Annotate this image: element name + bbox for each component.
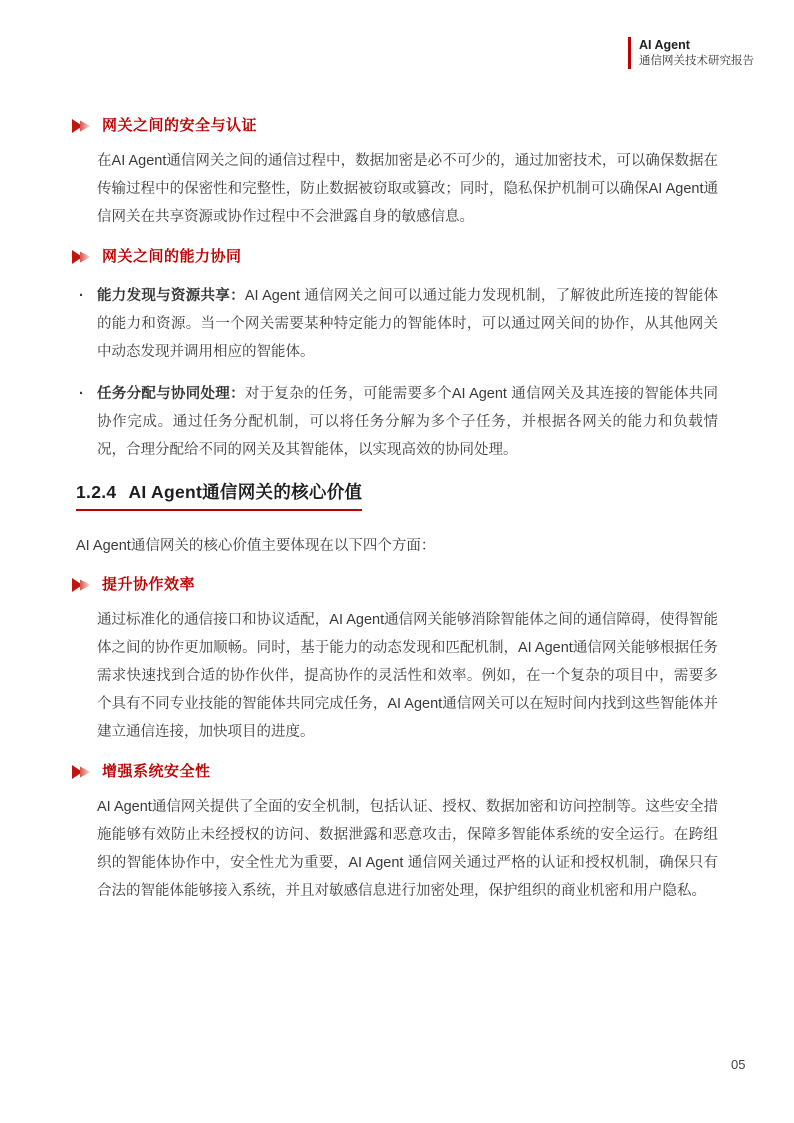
para-system-security: AI Agent通信网关提供了全面的安全机制，包括认证、授权、数据加密和访问控制… (97, 793, 718, 905)
double-arrow-icon (72, 765, 91, 779)
heading-capability-synergy: 网关之间的能力协同 (72, 247, 718, 267)
page-number: 05 (731, 1057, 745, 1072)
heading-system-security: 增强系统安全性 (72, 762, 718, 782)
bullet-label: 任务分配与协同处理： (97, 386, 245, 402)
section-heading-text: 1.2.4AI Agent通信网关的核心价值 (76, 479, 362, 511)
section-title: AI Agent通信网关的核心价值 (128, 482, 362, 502)
bullet-capability-discovery: ·能力发现与资源共享：AI Agent 通信网关之间可以通过能力发现机制，了解彼… (76, 282, 718, 366)
double-arrow-icon (72, 578, 91, 592)
section-heading-124: 1.2.4AI Agent通信网关的核心价值 (76, 479, 718, 511)
bullet-task-allocation: ·任务分配与协同处理：对于复杂的任务，可能需要多个AI Agent 通信网关及其… (76, 380, 718, 464)
heading-efficiency: 提升协作效率 (72, 575, 718, 595)
double-arrow-icon (72, 250, 91, 264)
heading-security-auth: 网关之间的安全与认证 (72, 116, 718, 136)
intro-paragraph: AI Agent通信网关的核心价值主要体现在以下四个方面： (76, 532, 718, 560)
report-page: AI Agent 通信网关技术研究报告 网关之间的安全与认证 在AI Agent… (0, 0, 794, 1123)
bullet-marker: · (79, 380, 84, 408)
bullet-list: ·能力发现与资源共享：AI Agent 通信网关之间可以通过能力发现机制，了解彼… (76, 282, 718, 465)
bullet-marker: · (79, 282, 84, 310)
heading-label: 提升协作效率 (102, 575, 195, 595)
double-arrow-icon (72, 119, 91, 133)
section-number: 1.2.4 (76, 482, 116, 502)
heading-label: 网关之间的能力协同 (102, 247, 242, 267)
heading-label: 增强系统安全性 (102, 762, 211, 782)
para-efficiency: 通过标准化的通信接口和协议适配，AI Agent通信网关能够消除智能体之间的通信… (97, 606, 718, 746)
content-column: 网关之间的安全与认证 在AI Agent通信网关之间的通信过程中，数据加密是必不… (76, 0, 718, 905)
para-security-auth: 在AI Agent通信网关之间的通信过程中，数据加密是必不可少的，通过加密技术，… (97, 147, 718, 231)
heading-label: 网关之间的安全与认证 (102, 116, 257, 136)
bullet-label: 能力发现与资源共享： (97, 288, 245, 304)
